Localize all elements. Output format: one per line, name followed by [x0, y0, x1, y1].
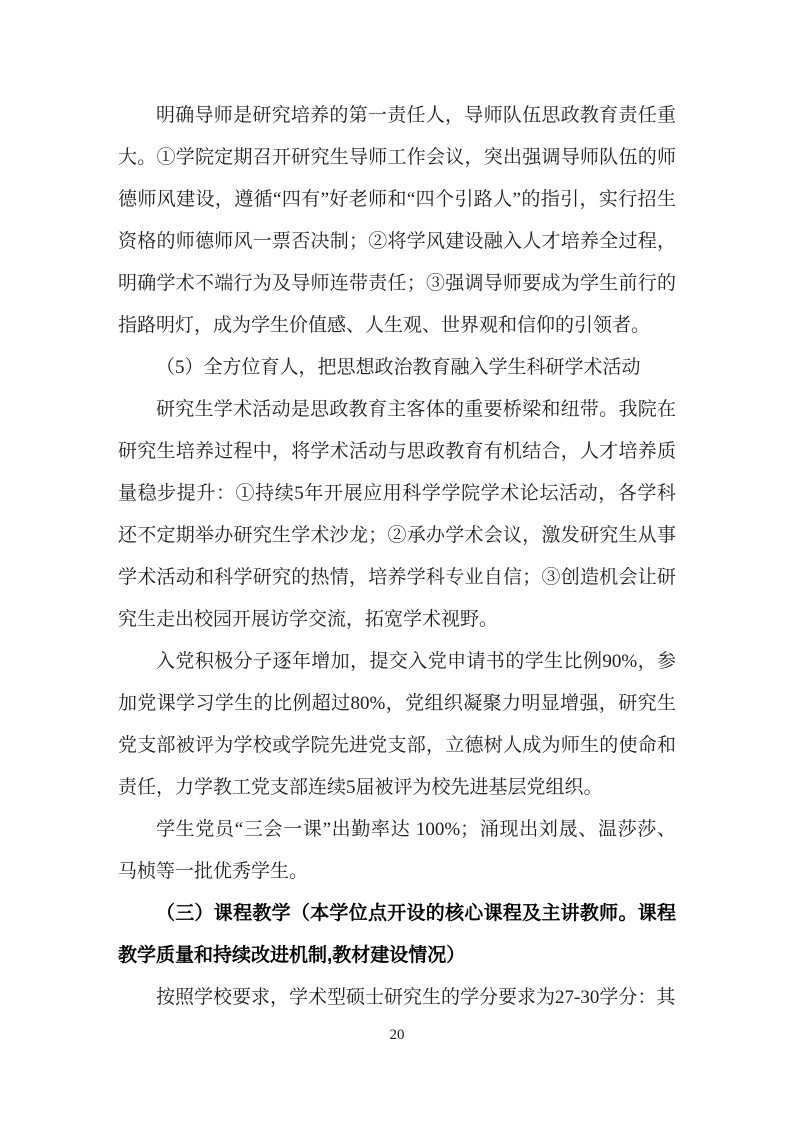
- paragraph-mentor-responsibility: 明确导师是研究培养的第一责任人，导师队伍思政教育责任重大。①学院定期召开研究生导…: [118, 95, 676, 347]
- section-heading-course-teaching: （三）课程教学（本学位点开设的核心课程及主讲教师。课程教学质量和持续改进机制,教…: [118, 893, 676, 977]
- paragraph-academic-activities: 研究生学术活动是思政教育主客体的重要桥梁和纽带。我院在研究生培养过程中，将学术活…: [118, 389, 676, 641]
- paragraph-credit-requirements: 按照学校要求，学术型硕士研究生的学分要求为27-30学分：其: [118, 977, 676, 1019]
- document-page: 明确导师是研究培养的第一责任人，导师队伍思政教育责任重大。①学院定期召开研究生导…: [0, 0, 794, 1123]
- paragraph-subheading-all-round-education: （5）全方位育人，把思想政治教育融入学生科研学术活动: [118, 347, 676, 389]
- paragraph-party-membership: 入党积极分子逐年增加，提交入党申请书的学生比例90%，参加党课学习学生的比例超过…: [118, 641, 676, 809]
- paragraph-student-party-members: 学生党员“三会一课”出勤率达 100%；涌现出刘晟、温莎莎、马桢等一批优秀学生。: [118, 809, 676, 893]
- page-footer: 20: [0, 1026, 794, 1044]
- document-body: 明确导师是研究培养的第一责任人，导师队伍思政教育责任重大。①学院定期召开研究生导…: [118, 95, 676, 1019]
- page-number: 20: [390, 1027, 405, 1043]
